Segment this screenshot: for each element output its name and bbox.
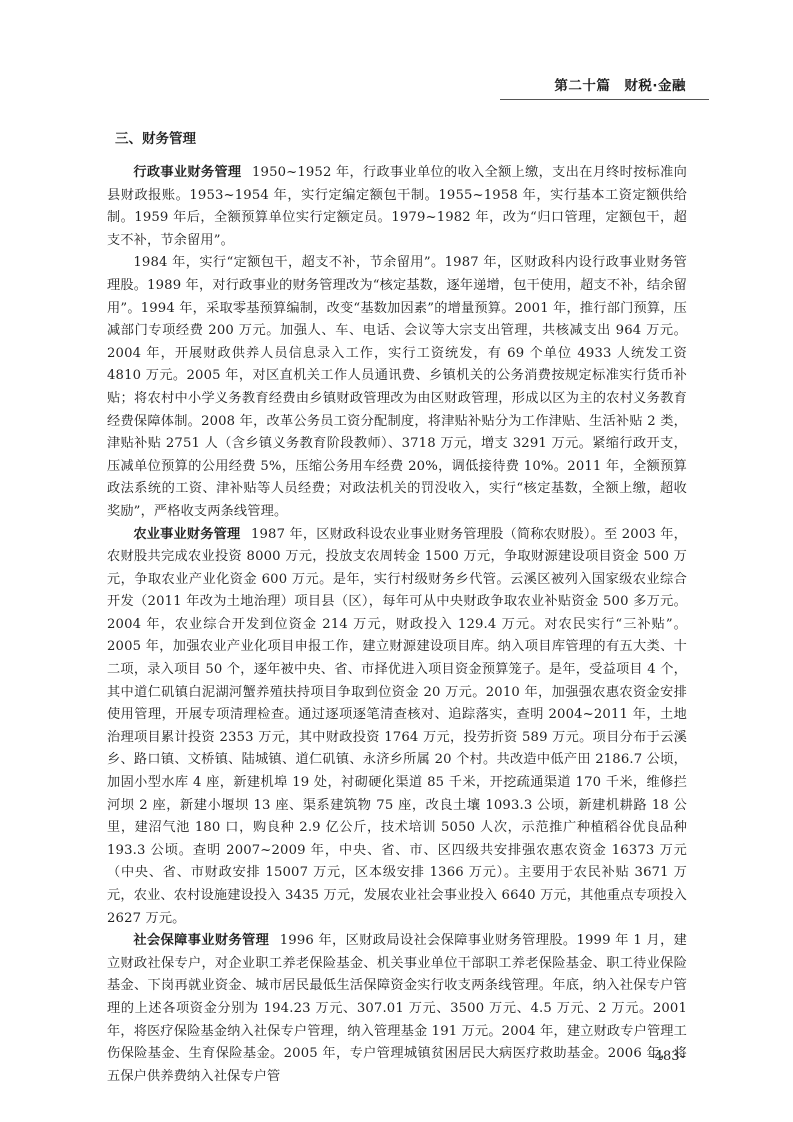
paragraph-lead: 行政事业财务管理 <box>133 165 241 180</box>
page-body: 三、财务管理 行政事业财务管理1950~1952 年，行政事业单位的收入全额上缴… <box>107 128 687 1088</box>
paragraph-text: 1996 年，区财政局设社会保障事业财务管理股。1999 年 1 月，建立财政社… <box>107 933 687 1084</box>
section-title: 三、财务管理 <box>115 128 687 150</box>
paragraph-administrative: 行政事业财务管理1950~1952 年，行政事业单位的收入全额上缴，支出在月终时… <box>107 162 687 252</box>
header-rule <box>500 99 709 100</box>
paragraph-lead: 农业事业财务管理 <box>133 527 240 542</box>
paragraph-text: 1987 年，区财政科设农业事业财务管理股（简称农财股）。至 2003 年，农财… <box>107 527 687 926</box>
page-number: –483– <box>640 1049 686 1064</box>
paragraph-lead: 社会保障事业财务管理 <box>133 933 269 948</box>
running-head: 第二十篇 财税·金融 <box>107 74 686 94</box>
paragraph-text: 1984 年，实行“定额包干，超支不补，节余留用”。1987 年，区财政科内设行… <box>107 255 687 519</box>
paragraph-social-security: 社会保障事业财务管理1996 年，区财政局设社会保障事业财务管理股。1999 年… <box>107 930 687 1088</box>
paragraph-administrative-cont: 1984 年，实行“定额包干，超支不补，节余留用”。1987 年，区财政科内设行… <box>107 252 687 523</box>
paragraph-agriculture: 农业事业财务管理1987 年，区财政科设农业事业财务管理股（简称农财股）。至 2… <box>107 524 687 931</box>
